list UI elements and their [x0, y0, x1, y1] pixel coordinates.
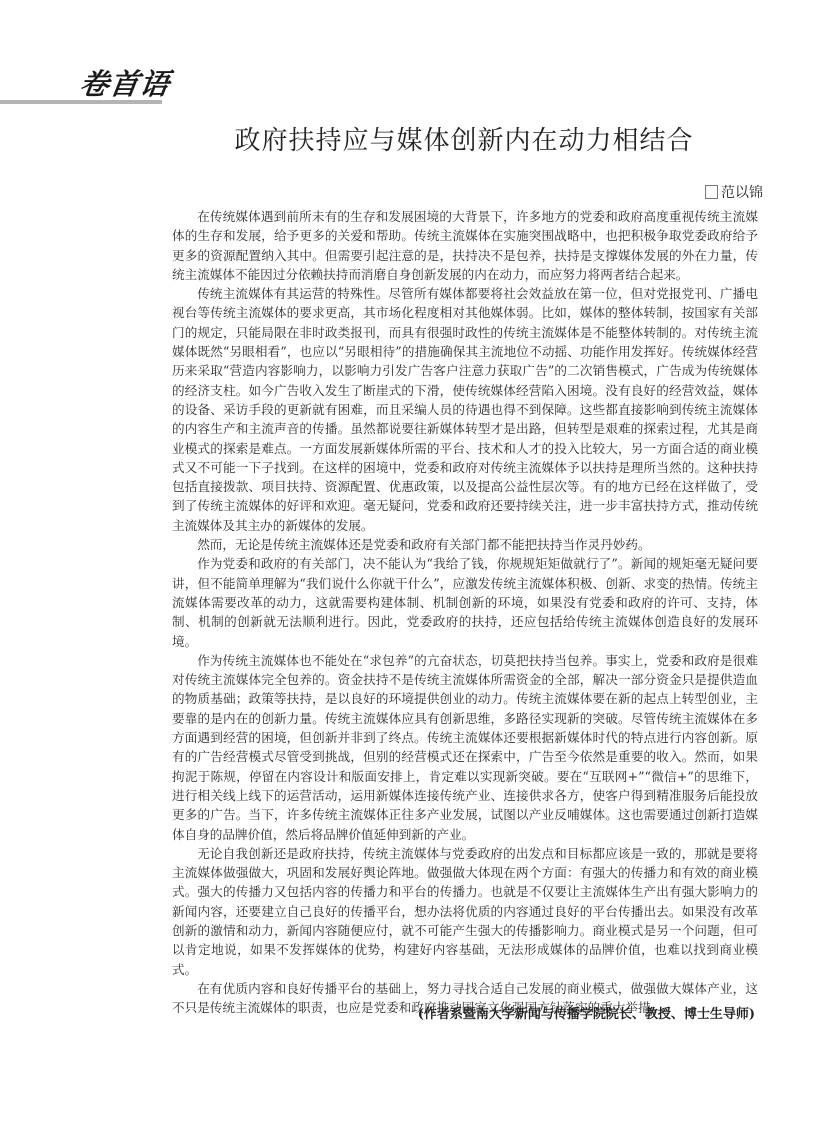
paragraph: 在传统媒体遇到前所未有的生存和发展困境的大背景下，许多地方的党委和政府高度重视传…	[172, 207, 758, 284]
paragraph: 传统主流媒体有其运营的特殊性。尽管所有媒体都要将社会效益放在第一位，但对党报党刊…	[172, 284, 758, 535]
section-divider-bar	[0, 100, 162, 104]
square-bullet-icon	[705, 185, 718, 199]
author-byline: 范以锦	[705, 182, 763, 202]
paragraph: 作为传统主流媒体也不能处在“求包养”的亢奋状态，切莫把扶持当包养。事实上，党委和…	[172, 651, 758, 844]
author-name: 范以锦	[721, 182, 763, 202]
author-note: (作者系暨南大学新闻与传播学院院长、教授、博士生导师)	[418, 1003, 755, 1022]
paragraph: 作为党委和政府的有关部门，决不能认为“我给了钱，你规规矩矩做就行了”。新闻的规矩…	[172, 554, 758, 650]
paragraph: 然而，无论是传统主流媒体还是党委和政府有关部门都不能把扶持当作灵丹妙药。	[172, 535, 758, 554]
article-title: 政府扶持应与媒体创新内在动力相结合	[0, 120, 833, 157]
article-body: 在传统媒体遇到前所未有的生存和发展困境的大背景下，许多地方的党委和政府高度重视传…	[172, 207, 758, 1017]
paragraph: 无论自我创新还是政府扶持，传统主流媒体与党委政府的出发点和目标都应该是一致的，那…	[172, 844, 758, 979]
section-label: 卷首语	[77, 62, 173, 103]
